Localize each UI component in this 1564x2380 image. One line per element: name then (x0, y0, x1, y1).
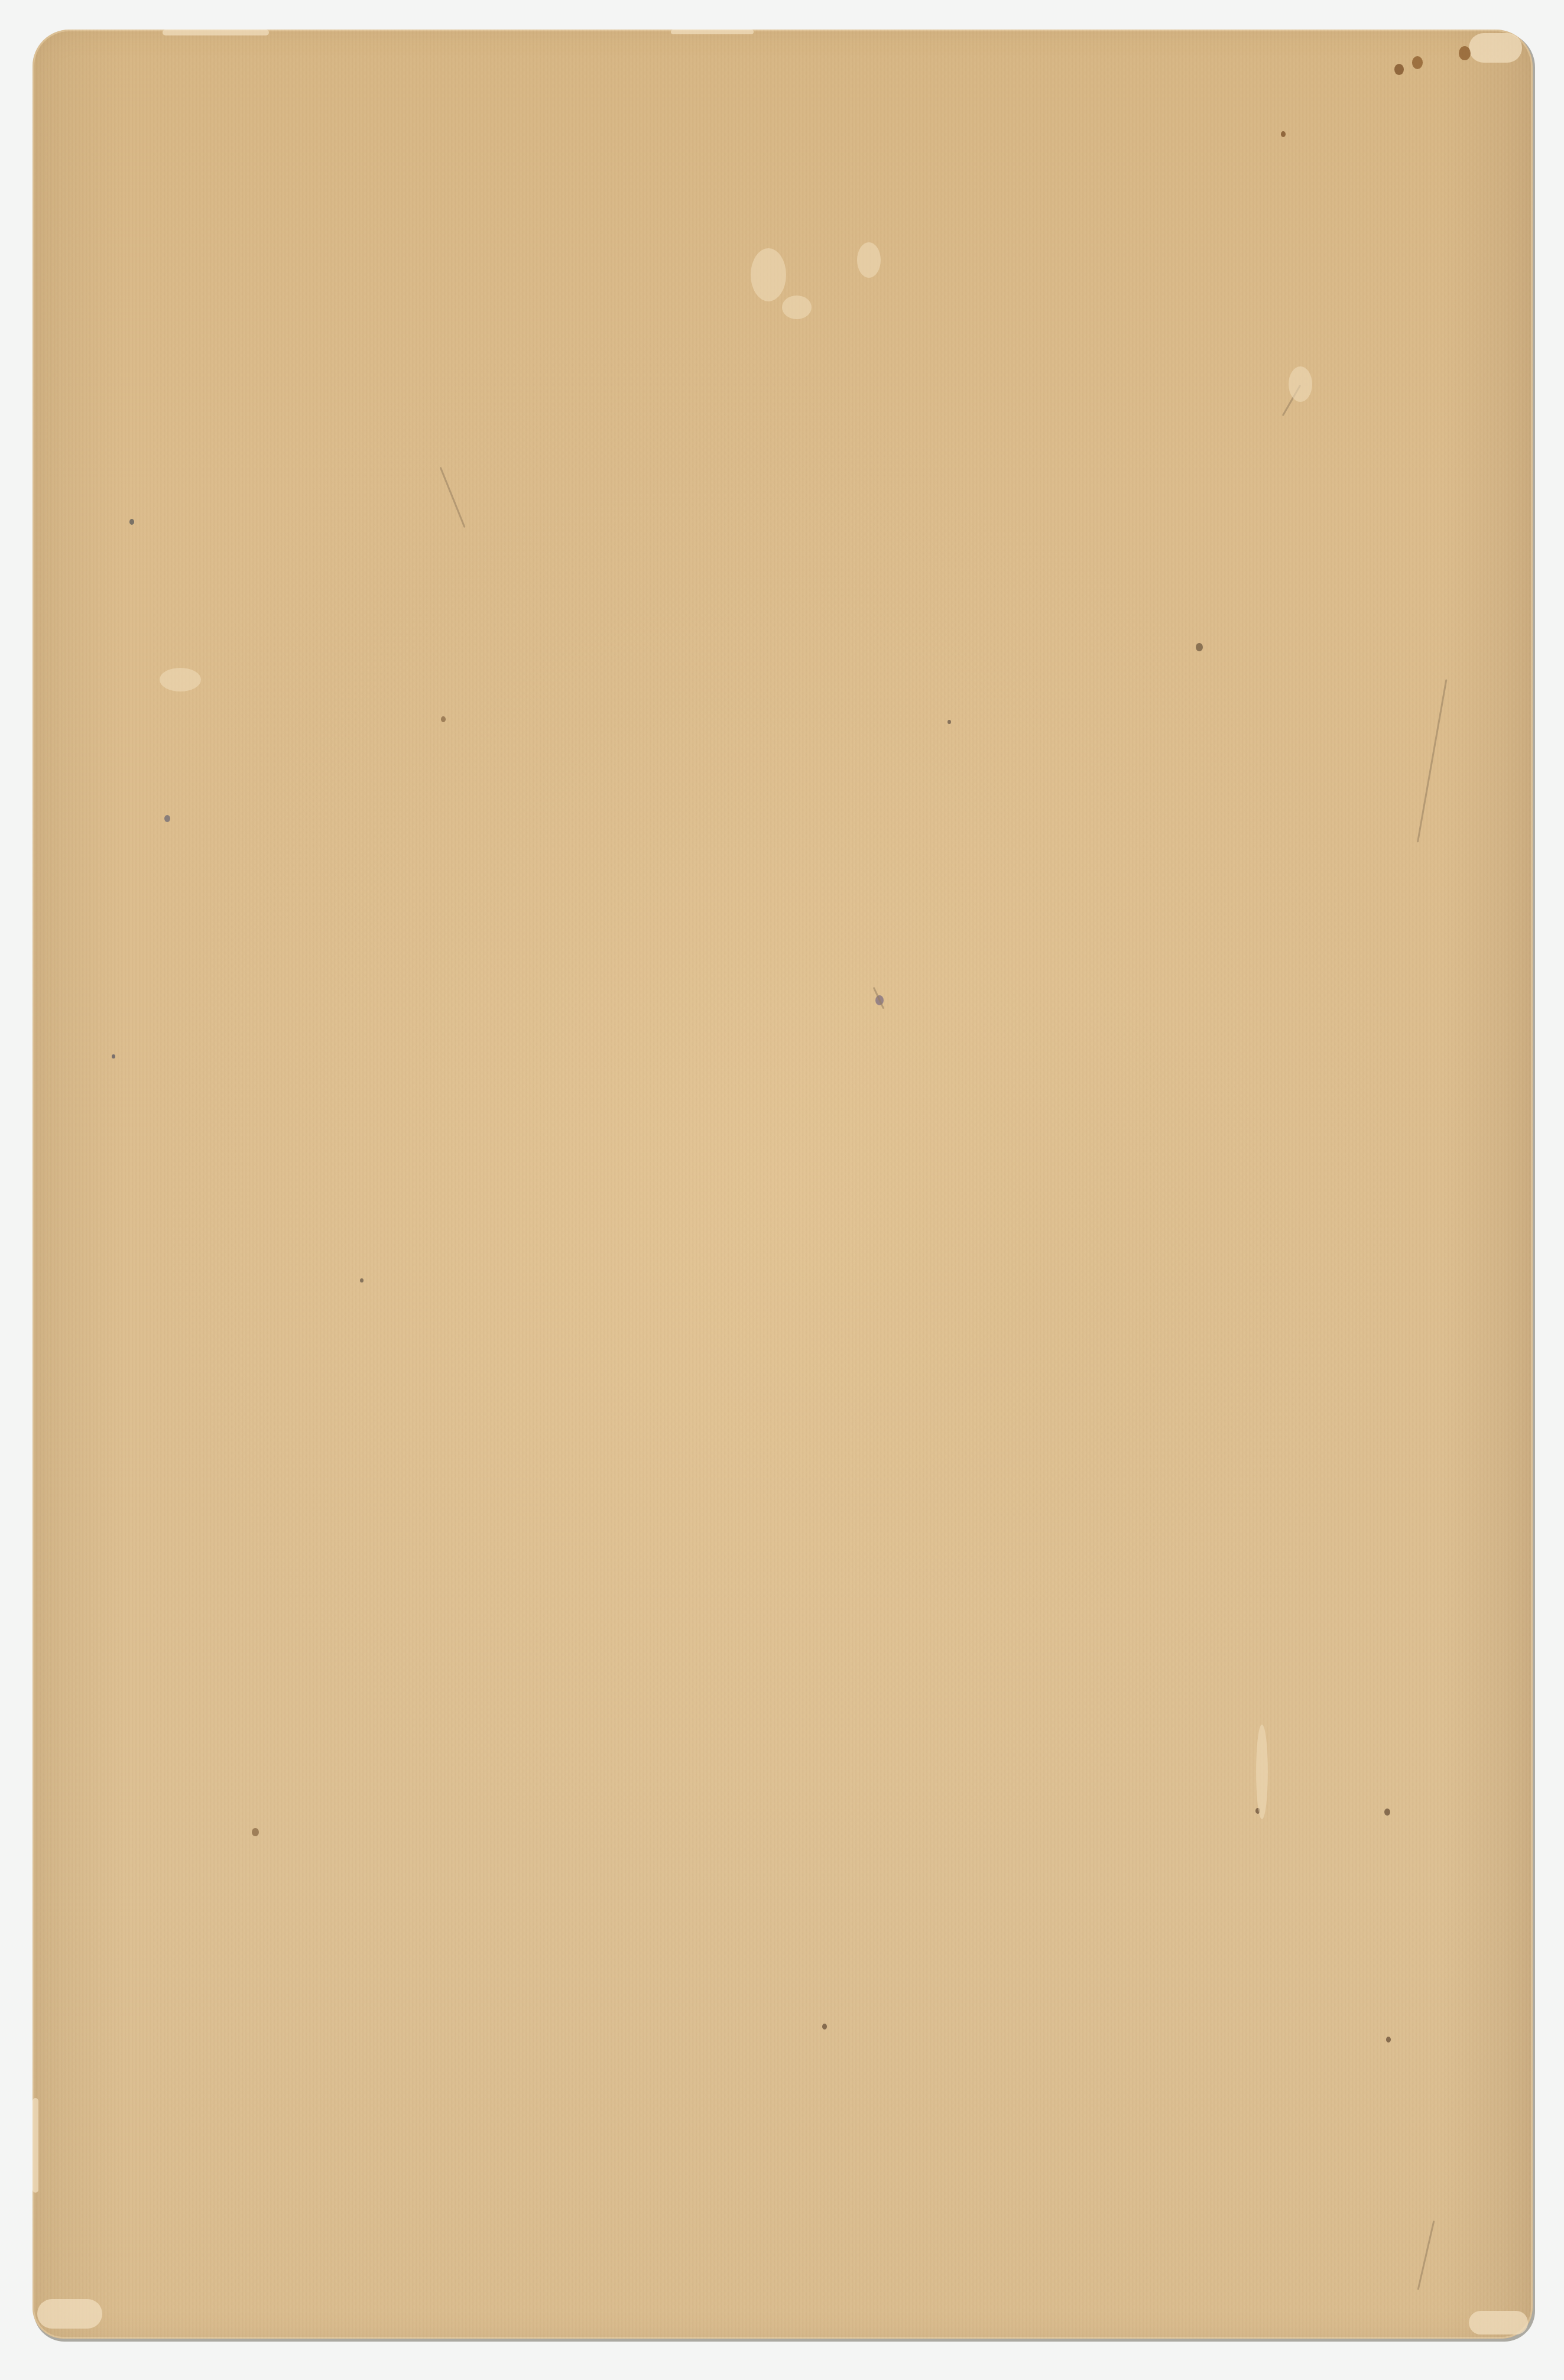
light-scuff-mark (1289, 366, 1312, 402)
edge-wear-bottom-right-corner (1469, 2311, 1528, 2334)
edge-wear-left-side (33, 2098, 38, 2193)
scan-background: { "image": { "subject": "Back of a blank… (0, 0, 1564, 2380)
cabinet-card-back (33, 30, 1533, 2339)
foxing-spot (1412, 56, 1423, 69)
foxing-spot (1394, 64, 1404, 75)
foxing-spot (822, 2024, 827, 2030)
edge-wear-bottom-left-corner (37, 2299, 102, 2329)
foxing-spot (360, 1278, 364, 1282)
foxing-spot (112, 1054, 115, 1059)
edge-wear-top-right-corner (1469, 33, 1522, 63)
foxing-spot (1459, 46, 1471, 60)
foxing-spot (164, 815, 170, 822)
edge-wear-top-center (671, 30, 754, 34)
foxing-spot (1384, 1808, 1390, 1816)
surface-scratch (440, 467, 466, 528)
foxing-spot (441, 716, 446, 722)
edge-wear-top-left (163, 30, 269, 35)
surface-scratch (1417, 679, 1448, 842)
light-scuff-mark (1256, 1725, 1268, 1819)
foxing-spot (1386, 2037, 1391, 2043)
foxing-spot (252, 1828, 259, 1836)
light-scuff-mark (160, 668, 201, 691)
surface-scratch (1417, 2220, 1435, 2290)
light-scuff-mark (782, 296, 812, 319)
foxing-spot (948, 720, 951, 724)
light-scuff-mark (751, 248, 786, 301)
foxing-spot (129, 519, 134, 525)
foxing-spot (1196, 643, 1203, 651)
foxing-spot (1281, 131, 1286, 137)
light-scuff-mark (857, 242, 881, 278)
